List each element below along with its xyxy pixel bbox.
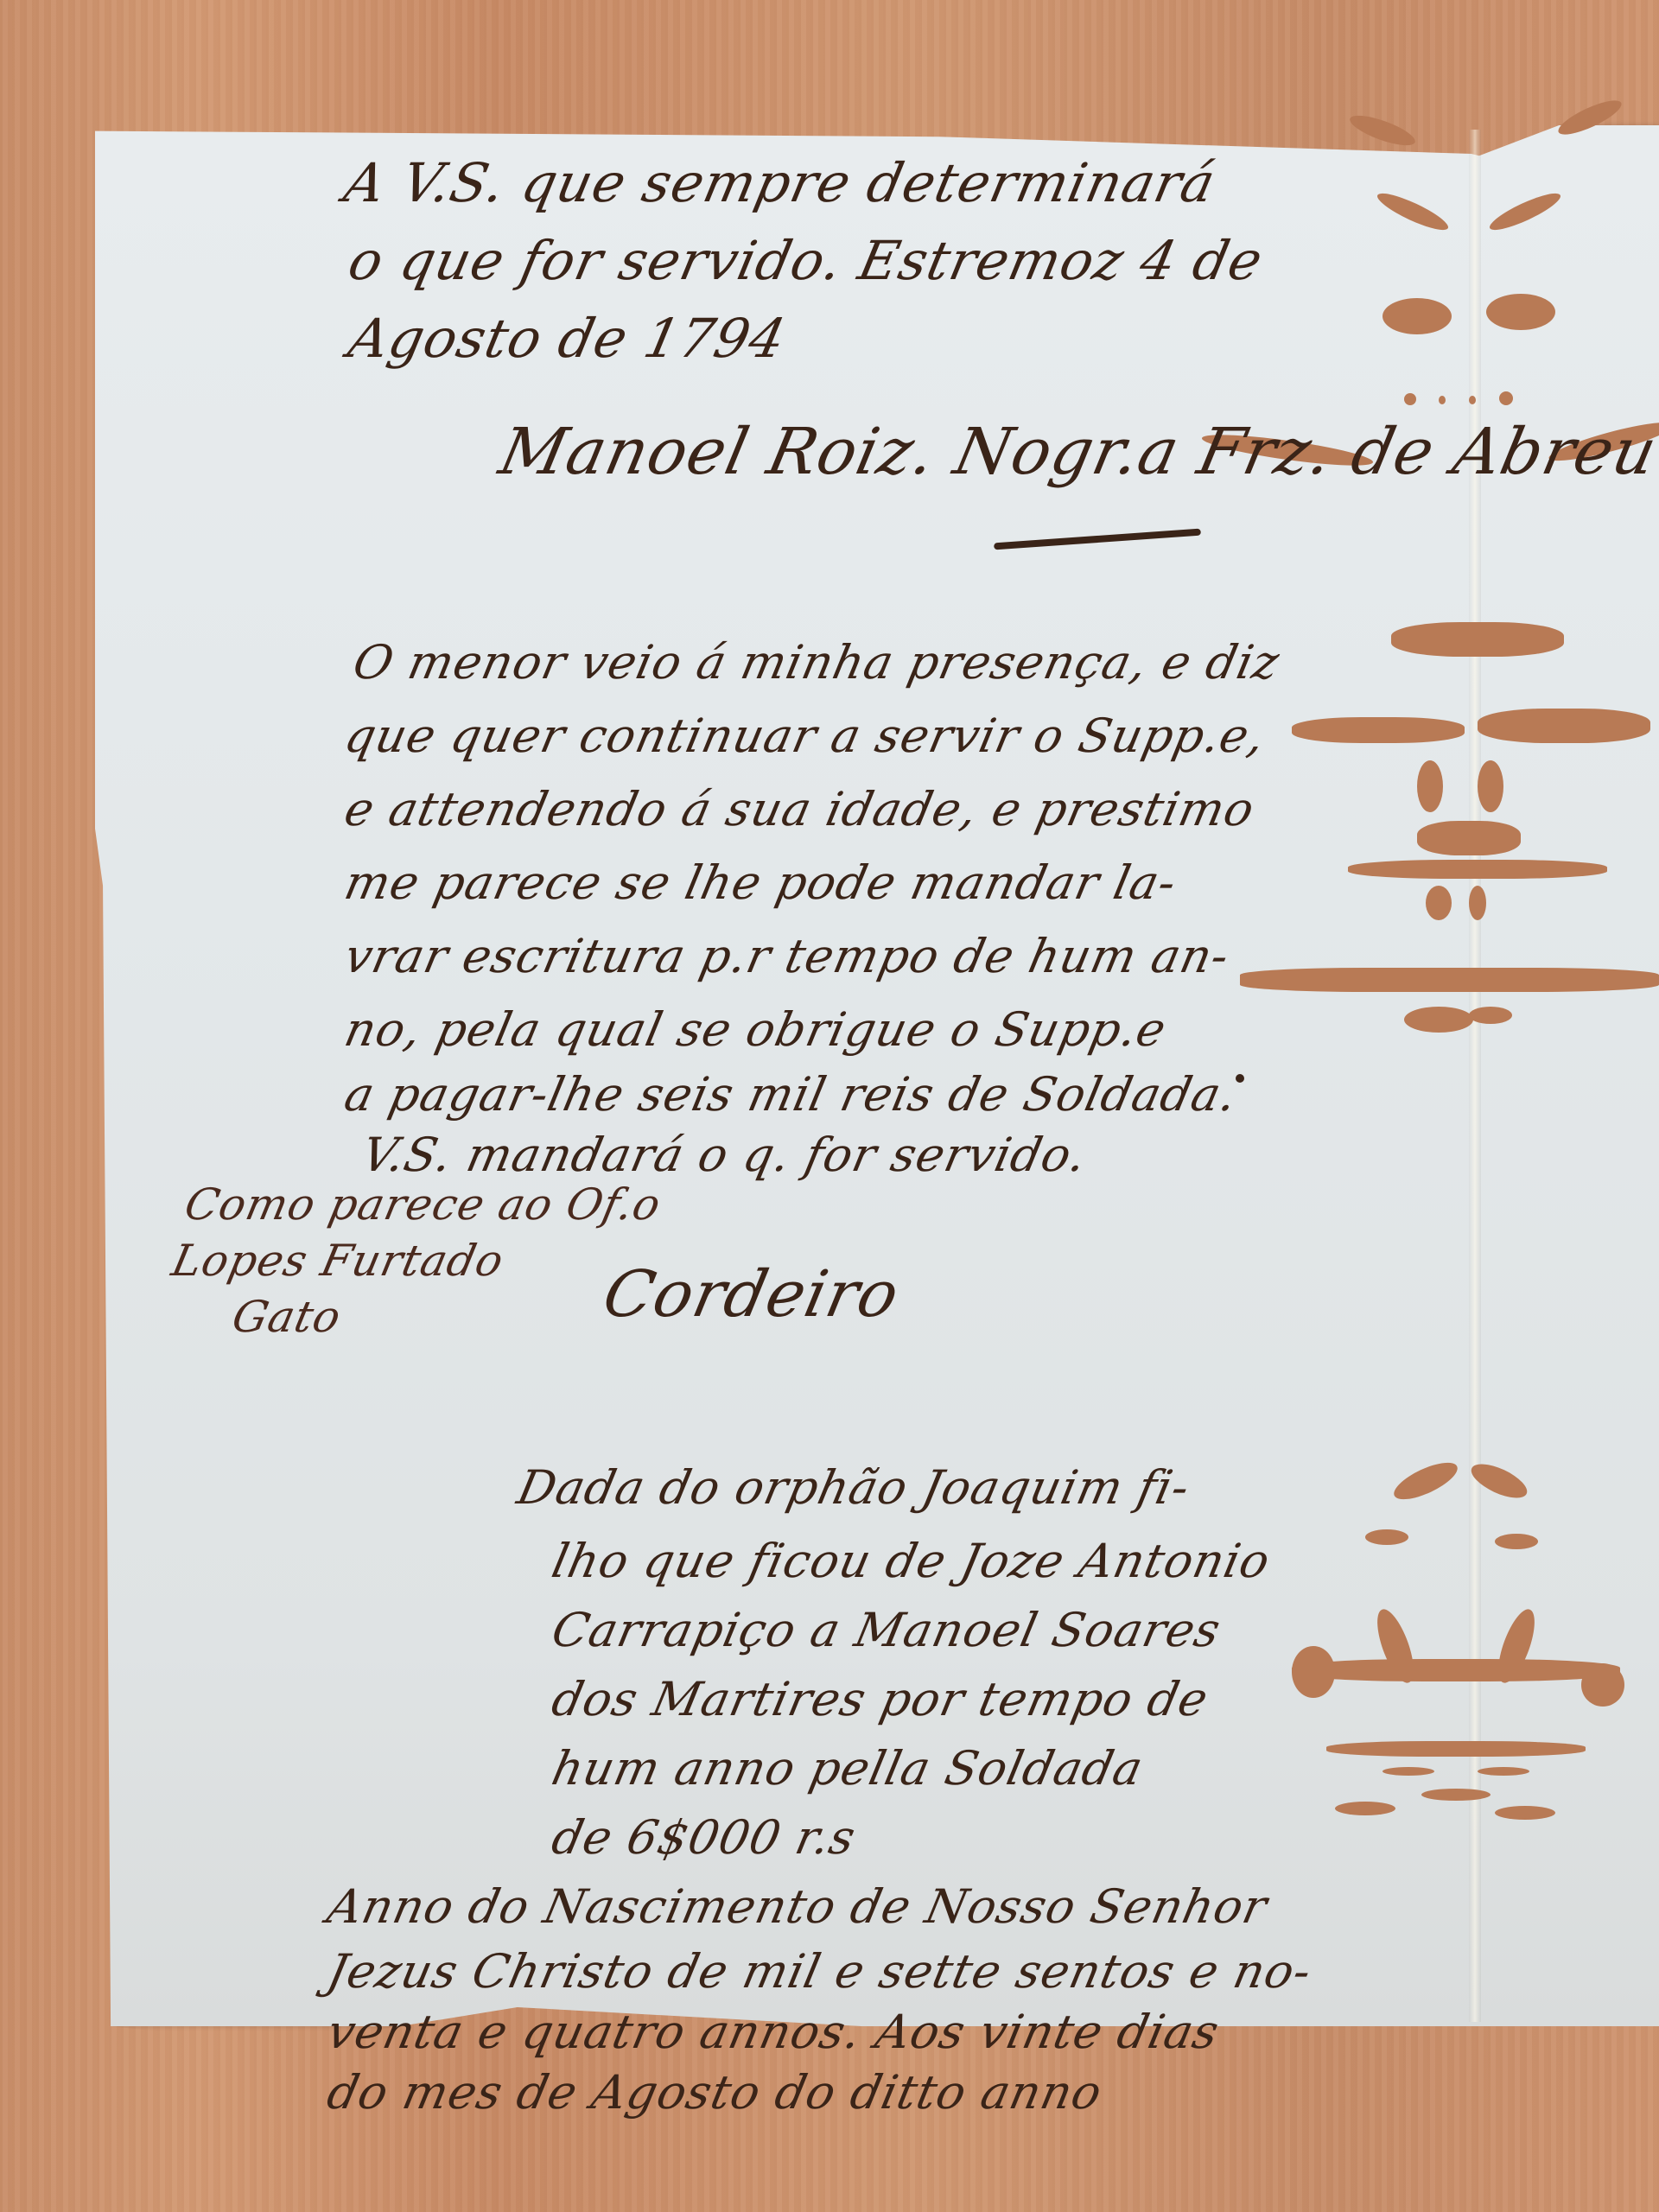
text-line: e attendendo á sua idade, e prestimo (340, 782, 1259, 836)
worm-hole (1292, 1659, 1620, 1681)
text-line: do mes de Agosto do ditto anno (322, 2065, 1107, 2120)
text-line: O menor veio á minha presença, e diz (348, 635, 1284, 690)
worm-hole (1326, 1741, 1586, 1757)
worm-hole (1486, 294, 1555, 330)
text-line: de 6$000 r.s (547, 1810, 861, 1865)
worm-hole (1404, 1007, 1473, 1033)
text-line: venta e quatro annos. Aos vinte dias (322, 2005, 1224, 2059)
signature-2: Cordeiro (597, 1257, 906, 1332)
text-line: Gato (228, 1292, 346, 1342)
text-line: Agosto de 1794 (343, 307, 791, 370)
worm-hole (1240, 968, 1659, 992)
text-line: lho que ficou de Joze Antonio (547, 1534, 1275, 1588)
worm-hole (1421, 1789, 1491, 1801)
ink-dot (1236, 1074, 1244, 1083)
worm-hole (1382, 298, 1452, 334)
worm-hole (1495, 1534, 1538, 1549)
text-line: me parece se lhe pode mandar la- (340, 855, 1181, 910)
worm-hole (1469, 886, 1486, 920)
worm-hole (1404, 393, 1416, 405)
text-line: Anno do Nascimento de Nosso Senhor (322, 1879, 1272, 1934)
worm-hole (1335, 1802, 1395, 1815)
worm-hole (1365, 1529, 1408, 1545)
worm-hole (1391, 622, 1564, 657)
text-line: dos Martires por tempo de (547, 1672, 1213, 1726)
text-line: a pagar-lhe seis mil reis de Soldada. (340, 1067, 1242, 1122)
text-line: Lopes Furtado (168, 1236, 509, 1286)
text-line: V.S. mandará o q. for servido. (357, 1128, 1091, 1182)
text-line: Dada do orphão Joaquim fi- (512, 1460, 1194, 1515)
worm-hole (1495, 1806, 1555, 1820)
worm-hole (1478, 709, 1650, 743)
worm-hole (1581, 1663, 1624, 1707)
worm-hole (1417, 760, 1443, 812)
worm-hole (1469, 1007, 1512, 1024)
text-line: no, pela qual se obrigue o Supp.e (340, 1002, 1171, 1057)
signature-1: Manoel Roiz. Nogr.a Frz. de Abreu (493, 415, 1659, 489)
paper-fold-crease (1469, 130, 1481, 2022)
worm-hole (1292, 1646, 1335, 1698)
text-line: o que for servido. Estremoz 4 de (343, 229, 1268, 292)
text-line: hum anno pella Soldada (547, 1741, 1147, 1796)
worm-hole (1478, 1767, 1529, 1776)
worm-hole (1499, 391, 1513, 405)
text-line: Jezus Christo de mil e sette sentos e no… (322, 1944, 1316, 1999)
text-line: que quer continuar a servir o Supp.e, (340, 709, 1270, 763)
worm-hole (1469, 396, 1476, 404)
worm-hole (1426, 886, 1452, 920)
text-line: Como parece ao Of.o (181, 1179, 665, 1230)
text-line: vrar escritura p.r tempo de hum an- (340, 929, 1234, 983)
text-line: A V.S. que sempre determinará (339, 151, 1221, 214)
worm-hole (1348, 860, 1607, 879)
worm-hole (1478, 760, 1503, 812)
worm-hole (1292, 717, 1465, 743)
worm-hole (1439, 396, 1446, 404)
text-line: Carrapiço a Manoel Soares (547, 1603, 1225, 1657)
worm-hole (1417, 821, 1521, 855)
worm-hole (1382, 1767, 1434, 1776)
